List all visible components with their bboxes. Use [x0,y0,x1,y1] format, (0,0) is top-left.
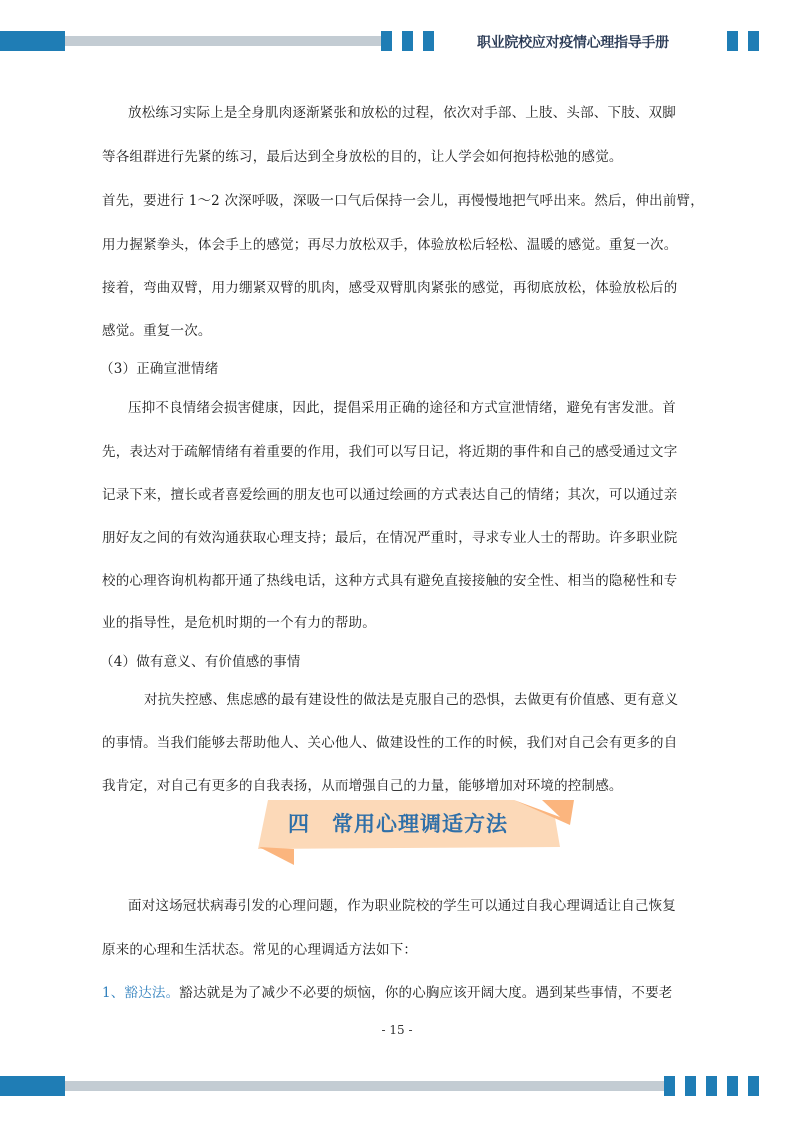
subheading-3: （3）正确宣泄情绪 [100,359,218,379]
header-tick [423,31,434,51]
section-title-text: 常用心理调适方法 [332,812,508,836]
paragraph-line: 先，表达对于疏解情绪有着重要的作用，我们可以写日记，将近期的事件和自己的感受通过… [102,442,677,462]
paragraph-line: 校的心理咨询机构都开通了热线电话，这种方式具有避免直接接触的安全性、相当的隐秘性… [102,571,677,591]
paragraph-line: 面对这场冠状病毒引发的心理问题，作为职业院校的学生可以通过自我心理调适让自己恢复 [128,896,676,916]
footer-tick [748,1076,759,1096]
header-tick [381,31,392,51]
section-title: 四常用心理调适方法 [288,808,508,838]
footer-tick [706,1076,717,1096]
paragraph-line: 首先，要进行 1～2 次深呼吸，深吸一口气后保持一会儿，再慢慢地把气呼出来。然后… [102,191,704,211]
method-text: 豁达就是为了减少不必要的烦恼，你的心胸应该开阔大度。遇到某些事情，不要老 [179,985,672,1001]
paragraph-line: 等各组群进行先紧的练习，最后达到全身放松的目的，让人学会如何抱持松弛的感觉。 [102,147,623,167]
paragraph-line: 对抗失控感、焦虑感的最有建设性的做法是克服自己的恐惧，去做更有价值感、更有意义 [144,690,678,710]
footer-blue-block [0,1076,65,1096]
paragraph-line: 朋好友之间的有效沟通获取心理支持；最后，在情况严重时，寻求专业人士的帮助。许多职… [102,528,677,548]
running-header-title: 职业院校应对疫情心理指导手册 [477,32,669,52]
paragraph-line: 用力握紧拳头，体会手上的感觉；再尽力放松双手，体验放松后轻松、温暖的感觉。重复一… [102,235,677,255]
footer-tick [664,1076,675,1096]
page-number: - 15 - [0,1023,794,1037]
method-label: 1、豁达法。 [102,985,179,1001]
footer-gray-rule [65,1081,665,1091]
method-item-1: 1、豁达法。豁达就是为了减少不必要的烦恼，你的心胸应该开阔大度。遇到某些事情，不… [102,983,673,1003]
paragraph-line: 原来的心理和生活状态。常见的心理调适方法如下： [102,940,417,960]
paragraph-line: 业的指导性，是危机时期的一个有力的帮助。 [102,613,376,633]
header-tick [402,31,413,51]
header-blue-block [0,31,65,51]
paragraph-line: 压抑不良情绪会损害健康，因此，提倡采用正确的途径和方式宣泄情绪，避免有害发泄。首 [128,398,676,418]
header-tick [727,31,738,51]
paragraph-line: 感觉。重复一次。 [102,321,212,341]
header-gray-rule [65,36,381,46]
paragraph-line: 放松练习实际上是全身肌肉逐渐紧张和放松的过程，依次对手部、上肢、头部、下肢、双脚 [128,103,676,123]
paragraph-line: 接着，弯曲双臂，用力绷紧双臂的肌肉，感受双臂肌肉紧张的感觉，再彻底放松，体验放松… [102,278,677,298]
paragraph-line: 的事情。当我们能够去帮助他人、关心他人、做建设性的工作的时候，我们对自己会有更多… [102,733,677,753]
footer-tick [685,1076,696,1096]
section-number: 四 [288,812,310,836]
paragraph-line: 记录下来，擅长或者喜爱绘画的朋友也可以通过绘画的方式表达自己的情绪；其次，可以通… [102,485,677,505]
paragraph-line: 我肯定，对自己有更多的自我表扬，从而增强自己的力量，能够增加对环境的控制感。 [102,776,623,796]
footer-tick [727,1076,738,1096]
subheading-4: （4）做有意义、有价值感的事情 [100,652,301,672]
header-tick [748,31,759,51]
